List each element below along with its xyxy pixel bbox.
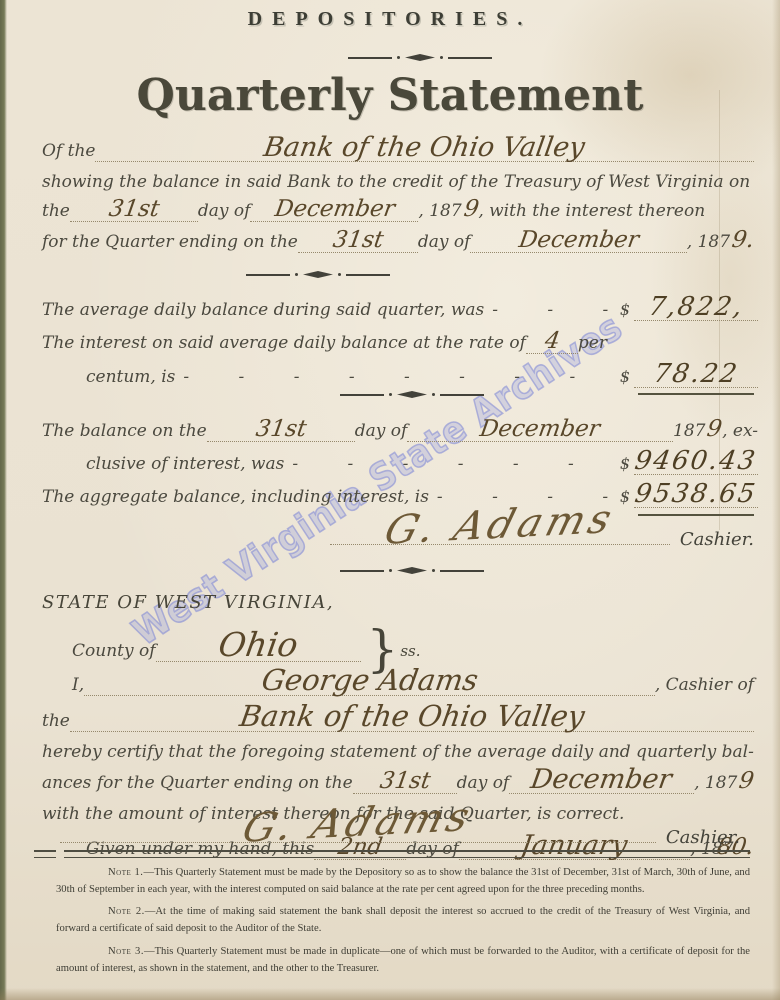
day-of-label: day of (457, 773, 510, 793)
the-label: the (42, 201, 70, 221)
ornament-divider (246, 271, 390, 278)
rate-value: 4 (543, 330, 561, 353)
county-of-label: County of (72, 641, 156, 661)
rate-field: 4 (526, 330, 578, 354)
centum-label: centum, is (86, 367, 175, 387)
cashier-signature: G. Adams (321, 493, 679, 557)
divider-line (246, 274, 290, 276)
day-value: 31st (254, 418, 308, 441)
divider-dot (397, 56, 400, 59)
state-heading: STATE OF WEST VIRGINIA, (42, 592, 754, 613)
scan-edge-left (0, 0, 7, 1000)
month-field: December (407, 418, 673, 442)
bank-name-value: Bank of the Ohio Valley (237, 702, 586, 731)
month-value: December (478, 418, 601, 441)
amount-underline (638, 393, 754, 395)
year-printed: , 187 (687, 232, 730, 252)
day-field: 31st (298, 229, 418, 253)
figures-section: The average daily balance during said qu… (42, 294, 758, 395)
divider-dot (432, 569, 435, 572)
note-text: —This Quarterly Statement must be made b… (56, 867, 750, 895)
note-paragraph: Note 1.—This Quarterly Statement must be… (56, 864, 750, 898)
divider-diamond-icon (397, 567, 427, 574)
day-of-label: day of (198, 201, 251, 221)
depositories-heading: DEPOSITORIES. (0, 8, 780, 31)
the-label: the (42, 711, 70, 731)
divider-diamond-icon (303, 271, 333, 278)
dash-fill: - - - - - - - - - (175, 367, 619, 387)
cashier-name-field: George Adams (84, 666, 655, 696)
cashier-label: Cashier. (680, 529, 754, 550)
divider-diamond-icon (405, 54, 435, 61)
divider-line (348, 57, 392, 59)
divider-line (346, 274, 390, 276)
i-label: I, (72, 675, 84, 695)
day-field: 31st (353, 770, 457, 794)
divider-line (440, 394, 484, 396)
note-paragraph: Note 2.—At the time of making said state… (56, 903, 750, 937)
exclusive-label: clusive of interest, was (86, 454, 284, 474)
month-value: December (517, 229, 640, 252)
dash-fill: - - - (484, 300, 620, 320)
dollar-sign: $ (620, 300, 630, 319)
divider-line (340, 570, 384, 572)
bank-name-value: Bank of the Ohio Valley (262, 134, 587, 161)
dash-fill: - - - - - - - (284, 454, 620, 474)
year-value: 9. (730, 229, 756, 252)
avg-balance-label: The average daily balance during said qu… (42, 300, 484, 320)
scan-edge-bottom (0, 988, 780, 1000)
cert-line1: hereby certify that the foregoing statem… (42, 738, 754, 766)
cashier-signature-block: G. Adams Cashier. (330, 496, 754, 550)
county-value: Ohio (216, 628, 300, 661)
divider-dot (389, 569, 392, 572)
year-value: 9 (738, 770, 756, 793)
divider-line (440, 570, 484, 572)
notes-section: Note 1.—This Quarterly Statement must be… (56, 864, 750, 982)
month-field: December (250, 198, 418, 222)
interest-field: 78.22 (634, 361, 758, 388)
avg-balance-field: 7,822, (634, 294, 758, 321)
bank-name-field: Bank of the Ohio Valley (70, 702, 754, 732)
note-label: Note 1. (108, 867, 143, 878)
cashier-signature-block: G. Adams Cashier. (60, 794, 740, 848)
intro-section: Of the Bank of the Ohio Valley showing t… (42, 134, 754, 260)
divider-line (448, 57, 492, 59)
cashier-name-value: George Adams (259, 666, 479, 695)
month-field: December (470, 229, 686, 253)
interest-value: 78.22 (652, 361, 741, 387)
of-the-label: Of the (42, 141, 95, 161)
day-value: 31st (331, 229, 385, 252)
note-text: —This Quarterly Statement must be made i… (56, 946, 750, 974)
interest-rate-label: The interest on said average daily balan… (42, 333, 526, 353)
year-printed: , 187 (694, 773, 737, 793)
per-label: per (578, 333, 607, 353)
dollar-sign: $ (620, 367, 630, 386)
divider-dot (338, 273, 341, 276)
day-value: 31st (378, 770, 432, 793)
day-field: 31st (70, 198, 198, 222)
divider-line (340, 394, 384, 396)
day-of-label: day of (355, 421, 408, 441)
scanned-document-page: West Virginia State Archives DEPOSITORIE… (0, 0, 780, 1000)
ss-label: ss. (400, 642, 420, 660)
balance-field: 9460.43 (634, 448, 758, 475)
avg-balance-value: 7,822, (647, 294, 746, 320)
balance-line1-tail: , ex- (722, 421, 758, 441)
notes-top-rule (34, 850, 750, 858)
rule-stub (34, 850, 56, 858)
ornament-divider (340, 391, 484, 398)
signature-line: G. Adams (60, 794, 656, 843)
month-value: December (273, 198, 396, 221)
year-printed: , 187 (418, 201, 461, 221)
note-paragraph: Note 3.—This Quarterly Statement must be… (56, 943, 750, 977)
cashier-label: Cashier. (666, 827, 740, 848)
divider-dot (295, 273, 298, 276)
county-field: Ohio (156, 628, 361, 662)
note-label: Note 2. (108, 906, 145, 917)
day-value: 31st (107, 198, 161, 221)
cashier-of-label: , Cashier of (655, 675, 754, 695)
ornament-divider (348, 54, 492, 61)
cert-line2-lead: ances for the Quarter ending on the (42, 773, 353, 793)
balance-on-label: The balance on the (42, 421, 207, 441)
intro-line3-tail: , with the interest thereon (478, 201, 705, 221)
rule-main (64, 850, 750, 858)
signature-line: G. Adams (330, 496, 670, 545)
quarter-ending-label: for the Quarter ending on the (42, 232, 298, 252)
day-field: 31st (207, 418, 355, 442)
day-of-label: day of (418, 232, 471, 252)
balance-value: 9460.43 (633, 448, 759, 474)
divider-dot (440, 56, 443, 59)
bank-name-field: Bank of the Ohio Valley (95, 134, 754, 162)
year-printed: 187 (673, 421, 705, 441)
page-title: Quarterly Statement (0, 70, 780, 121)
divider-diamond-icon (397, 391, 427, 398)
divider-dot (432, 393, 435, 396)
intro-line2: showing the balance in said Bank to the … (42, 169, 754, 196)
dollar-sign: $ (620, 454, 630, 473)
note-label: Note 3. (108, 946, 144, 957)
ornament-divider (340, 567, 484, 574)
divider-dot (389, 393, 392, 396)
note-text: —At the time of making said statement th… (56, 906, 750, 934)
